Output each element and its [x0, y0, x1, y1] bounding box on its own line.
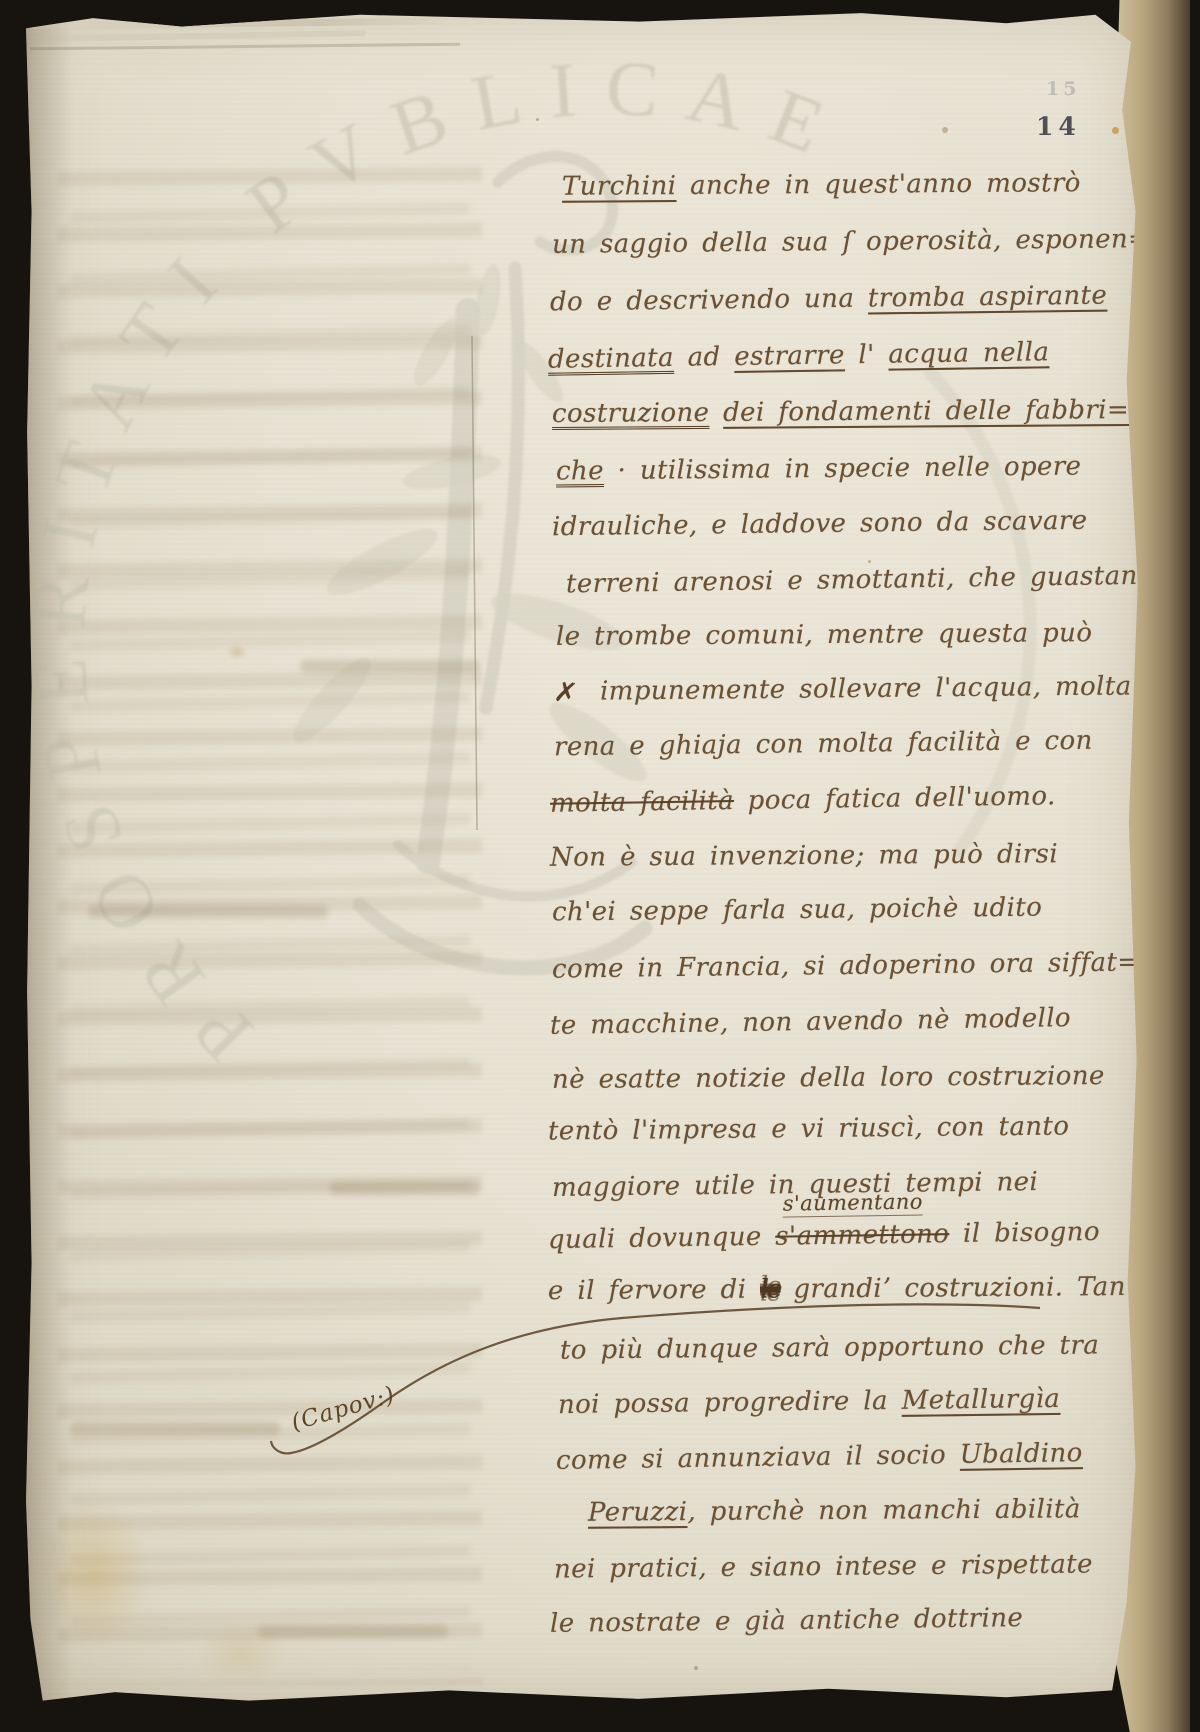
- manuscript-segment-uu: destinata: [548, 343, 674, 375]
- manuscript-line: noi possa progredire la Metallurgìa: [558, 1384, 1061, 1421]
- manuscript-line: Turchini anche in quest'anno mostrò: [562, 168, 1081, 203]
- manuscript-segment-u: Peruzzi: [588, 1497, 688, 1528]
- paper-speck: [694, 1666, 698, 1670]
- bleedthrough-mark: [300, 660, 480, 673]
- bleedthrough-mark: [88, 905, 328, 918]
- manuscript-segment: [709, 398, 723, 428]
- interlinear-insertion: s'aumentano: [783, 1190, 923, 1218]
- manuscript-segment: Non è sua invenzione; ma può dirsi: [550, 839, 1058, 873]
- manuscript-line: un saggio della sua ſ operosità, esponen…: [552, 224, 1151, 261]
- manuscript-line: do e descrivendo una tromba aspirante: [550, 281, 1108, 319]
- paper-stain: [196, 1618, 286, 1688]
- manuscript-line: destinata ad estrarre l' acqua nella: [548, 337, 1050, 376]
- manuscript-segment: maggiore utile in questi tempi nei: [552, 1167, 1039, 1203]
- page-number-stamp: 14: [1036, 112, 1081, 141]
- manuscript-segment: , purchè non manchi abilità: [687, 1494, 1081, 1527]
- manuscript-segment: to più dunque sarà opportuno che tra: [560, 1330, 1099, 1365]
- ink-dot: [1112, 127, 1119, 134]
- page-surface: PROSPERITATI PVBLICAE: [0, 0, 1200, 1732]
- manuscript-line: costruzione dei fondamenti delle fabbri=: [552, 395, 1129, 430]
- manuscript-line: to più dunque sarà opportuno che tra: [560, 1330, 1099, 1366]
- margin-note: (Capov:): [288, 1382, 398, 1436]
- manuscript-line: le nostrate e già antiche dottrine: [550, 1603, 1024, 1640]
- manuscript-line: maggiore utile in questi tempi nei: [552, 1167, 1039, 1204]
- manuscript-segment-u: tromba aspirante: [868, 281, 1108, 314]
- manuscript-segment-strike: s'ammettonos'aumentano: [775, 1219, 949, 1253]
- manuscript-text: Turchini anche in quest'anno mostròun sa…: [0, 0, 1200, 1732]
- manuscript-segment: · utilissima in specie nelle opere: [604, 451, 1082, 486]
- watermark-leaves: [284, 263, 656, 793]
- manuscript-segment: rena e ghiaja con molta facilità e con: [554, 726, 1093, 763]
- manuscript-segment: come in Francia, si adoperino ora siffat…: [552, 947, 1140, 984]
- manuscript-line: nei pratici, e siano intese e rispettate: [554, 1549, 1093, 1585]
- bleedthrough-texture: [70, 170, 470, 1670]
- manuscript-line: nè esatte notizie della loro costruzione: [552, 1061, 1105, 1096]
- bleedthrough-mark: [70, 1422, 280, 1435]
- watermark-seal: PROSPERITATI PVBLICAE: [0, 0, 1200, 1732]
- manuscript-segment-u: estrarre: [734, 340, 845, 372]
- manuscript-segment: ad: [674, 342, 735, 373]
- manuscript-line: idrauliche, e laddove sono da scavare: [552, 506, 1088, 544]
- manuscript-line: impunemente sollevare l'acqua, molta: [600, 671, 1132, 707]
- manuscript-segment-uu: che: [556, 456, 604, 486]
- manuscript-page: PROSPERITATI PVBLICAE: [26, 8, 1140, 1704]
- manuscript-segment-u: acqua nella: [888, 337, 1049, 369]
- manuscript-segment: un saggio della sua ſ operosità, esponen…: [552, 224, 1151, 260]
- stacked-sheet-edge: [30, 43, 460, 51]
- manuscript-segment: te macchine, non avendo nè modello: [550, 1003, 1071, 1041]
- paper-speck: [868, 560, 871, 563]
- manuscript-line: come in Francia, si adoperino ora siffat…: [552, 947, 1140, 985]
- manuscript-segment: nei pratici, e siano intese e rispettate: [554, 1549, 1093, 1584]
- manuscript-segment: poca fatica dell'uomo.: [734, 781, 1056, 816]
- manuscript-segment: il bisogno: [949, 1217, 1100, 1249]
- manuscript-line: tentò l'impresa e vi riuscì, con tanto: [548, 1111, 1070, 1147]
- manuscript-line: molta facilità poca fatica dell'uomo.: [550, 781, 1056, 820]
- bleedthrough-mark: [330, 1182, 480, 1195]
- flourish-connector-line: [271, 1304, 1040, 1453]
- paper-stain: [40, 1498, 150, 1648]
- manuscript-segment: terreni arenosi e smottanti, che guastan…: [566, 561, 1154, 600]
- watermark-inscription-text: PROSPERITATI PVBLICAE: [14, 43, 860, 1078]
- manuscript-segment: nè esatte notizie della loro costruzione: [552, 1061, 1105, 1095]
- bleedthrough-texture: [58, 140, 482, 1685]
- manuscript-segment-strike: molta facilità: [550, 786, 734, 819]
- manuscript-segment-u: Metallurgìa: [901, 1384, 1060, 1416]
- manuscript-segment: quali dovunque: [548, 1222, 776, 1255]
- ink-dot: [942, 127, 948, 133]
- bleedthrough-mark: [258, 1625, 448, 1638]
- manuscript-segment: le trombe comuni, mentre questa può: [556, 618, 1093, 652]
- manuscript-segment: come si annunziava il socio: [556, 1440, 960, 1476]
- paper-stain: [226, 644, 248, 660]
- manuscript-segment-u: Ubaldino: [960, 1438, 1083, 1470]
- manuscript-line: te macchine, non avendo nè modello: [550, 1003, 1071, 1042]
- manuscript-line: rena e ghiaja con molta facilità e con: [554, 726, 1093, 764]
- page-number-ghost: 15: [1046, 78, 1080, 100]
- faint-vertical-rule: [472, 336, 477, 830]
- manuscript-segment-blot: le: [760, 1274, 780, 1304]
- manuscript-segment-u: dei fondamenti delle fabbri=: [723, 395, 1129, 428]
- pen-annotations: [0, 0, 1200, 1732]
- manuscript-line: Peruzzi, purchè non manchi abilità: [588, 1494, 1081, 1529]
- manuscript-line: e il fervore di le grandiʼ costruzioni. …: [548, 1272, 1148, 1307]
- manuscript-segment: le nostrate e già antiche dottrine: [550, 1603, 1024, 1639]
- manuscript-segment: impunemente sollevare l'acqua, molta: [600, 671, 1132, 706]
- manuscript-line: quali dovunque s'ammettonos'aumentano il…: [548, 1217, 1100, 1256]
- manuscript-segment-uu: costruzione: [552, 398, 710, 429]
- watermark-ornament: [360, 156, 1030, 967]
- manuscript-segment: idrauliche, e laddove sono da scavare: [552, 506, 1088, 543]
- manuscript-line: terreni arenosi e smottanti, che guastan…: [566, 561, 1154, 601]
- manuscript-segment: noi possa progredire la: [558, 1386, 902, 1420]
- manuscript-segment: do e descrivendo una: [550, 284, 868, 318]
- manuscript-segment-u: Turchini: [562, 171, 677, 202]
- manuscript-segment: grandiʼ costruzioni. Tan=: [780, 1272, 1148, 1305]
- manuscript-photo: PROSPERITATI PVBLICAE: [0, 0, 1200, 1732]
- manuscript-line: Non è sua invenzione; ma può dirsi: [550, 839, 1058, 874]
- manuscript-segment: l': [845, 340, 889, 371]
- manuscript-segment: anche in quest'anno mostrò: [676, 168, 1081, 201]
- manuscript-segment: ch'ei seppe farla sua, poichè udito: [552, 893, 1042, 928]
- manuscript-segment: tentò l'impresa e vi riuscì, con tanto: [548, 1111, 1070, 1146]
- manuscript-line: le trombe comuni, mentre questa può: [556, 618, 1093, 653]
- manuscript-line: ch'ei seppe farla sua, poichè udito: [552, 893, 1042, 929]
- stacked-sheet-edge: [30, 17, 450, 29]
- paper-speck: [536, 118, 539, 121]
- manuscript-line: come si annunziava il socio Ubaldino: [556, 1438, 1083, 1477]
- manuscript-line: che · utilissima in specie nelle opere: [556, 451, 1082, 487]
- manuscript-segment: e il fervore di: [548, 1275, 760, 1306]
- margin-x-mark: ✗: [552, 675, 580, 711]
- stacked-sheet-edge: [36, 30, 366, 42]
